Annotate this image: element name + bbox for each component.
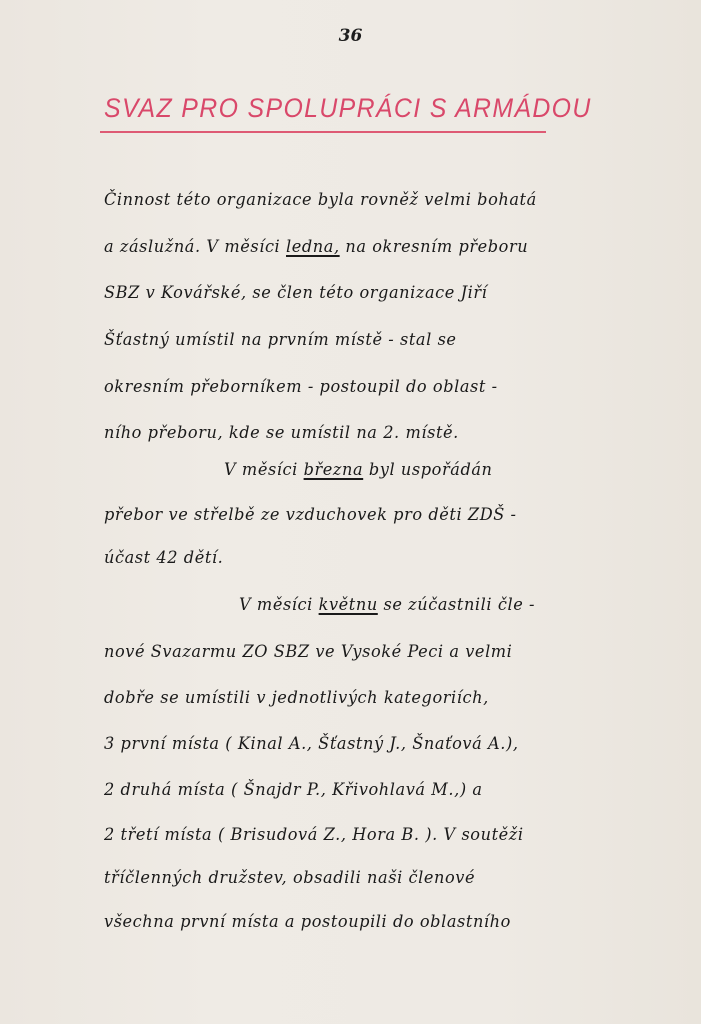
text-segment: 2 druhá místa ( Šnajdr P., Křivohlavá M.… — [104, 780, 483, 800]
text-line: přebor ve střelbě ze vzduchovek pro děti… — [104, 505, 517, 525]
text-segment: 3 první místa ( Kinal A., Šťastný J., Šn… — [104, 734, 519, 754]
text-segment: a záslužná. V měsíci — [104, 237, 286, 257]
text-line: nové Svazarmu ZO SBZ ve Vysoké Peci a ve… — [104, 642, 512, 662]
text-line: SBZ v Kovářské, se člen této organizace … — [104, 283, 487, 303]
text-line: tříčlenných družstev, obsadili naši člen… — [104, 868, 475, 888]
text-segment: účast 42 dětí. — [104, 548, 223, 568]
text-line: V měsíci března byl uspořádán — [224, 460, 493, 480]
page-title: SVAZ PRO SPOLUPRÁCI S ARMÁDOU — [104, 92, 513, 124]
text-segment: 2 třetí místa ( Brisudová Z., Hora B. ).… — [104, 825, 524, 845]
text-segment: ního přeboru, kde se umístil na 2. místě… — [104, 423, 459, 443]
text-segment: tříčlenných družstev, obsadili naši člen… — [104, 868, 475, 888]
text-segment: byl uspořádán — [363, 460, 492, 480]
text-line: V měsíci květnu se zúčastnili čle - — [239, 595, 535, 615]
underlined-word: března — [304, 460, 364, 480]
underlined-word: ledna, — [286, 237, 340, 257]
text-line: Šťastný umístil na prvním místě - stal s… — [104, 330, 457, 350]
text-segment: všechna první místa a postoupili do obla… — [104, 912, 511, 932]
underlined-word: květnu — [319, 595, 378, 615]
title-underline — [100, 131, 546, 133]
text-segment: dobře se umístili v jednotlivých kategor… — [104, 688, 489, 708]
text-line: okresním přeborníkem - postoupil do obla… — [104, 377, 498, 397]
text-line: 2 druhá místa ( Šnajdr P., Křivohlavá M.… — [104, 780, 483, 800]
text-segment: okresním přeborníkem - postoupil do obla… — [104, 377, 498, 397]
text-segment: SBZ v Kovářské, se člen této organizace … — [104, 283, 487, 303]
text-segment: na okresním přeboru — [340, 237, 529, 257]
text-segment: Činnost této organizace byla rovněž velm… — [104, 190, 537, 210]
text-line: účast 42 dětí. — [104, 548, 223, 568]
text-line: a záslužná. V měsíci ledna, na okresním … — [104, 237, 528, 257]
text-segment: V měsíci — [239, 595, 319, 615]
text-segment: přebor ve střelbě ze vzduchovek pro děti… — [104, 505, 517, 525]
text-line: dobře se umístili v jednotlivých kategor… — [104, 688, 489, 708]
text-segment: se zúčastnili čle - — [378, 595, 535, 615]
text-line: všechna první místa a postoupili do obla… — [104, 912, 511, 932]
text-segment: V měsíci — [224, 460, 304, 480]
page-number: 36 — [0, 26, 701, 46]
text-line: ního přeboru, kde se umístil na 2. místě… — [104, 423, 459, 443]
text-line: Činnost této organizace byla rovněž velm… — [104, 190, 537, 210]
text-line: 2 třetí místa ( Brisudová Z., Hora B. ).… — [104, 825, 524, 845]
text-segment: Šťastný umístil na prvním místě - stal s… — [104, 330, 457, 350]
text-segment: nové Svazarmu ZO SBZ ve Vysoké Peci a ve… — [104, 642, 512, 662]
text-line: 3 první místa ( Kinal A., Šťastný J., Šn… — [104, 734, 519, 754]
